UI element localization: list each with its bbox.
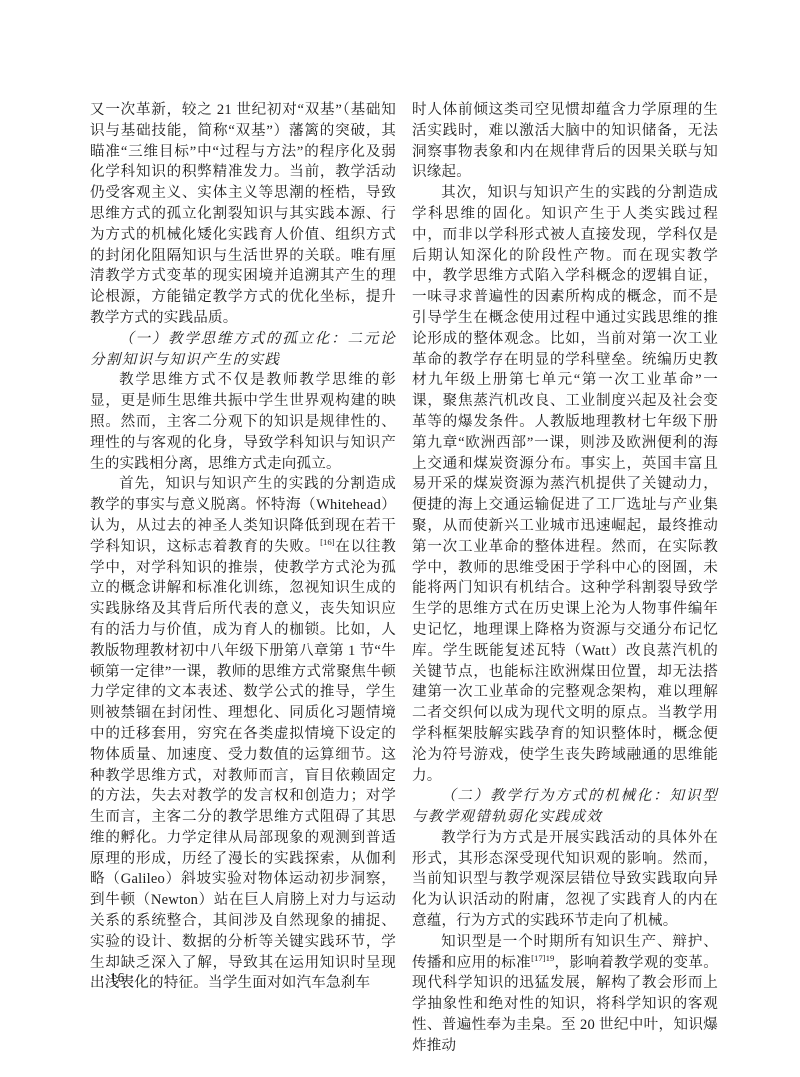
paragraph: 时人体前倾这类司空见惯却蕴含力学原理的生活实践时，难以激活大脑中的知识储备，无法…: [412, 100, 718, 183]
text-segment: 时人体前倾这类司空见惯却蕴含力学原理的生活实践时，难以激活大脑中的知识储备，无法…: [412, 102, 718, 180]
paragraph: 教学行为方式是开展实践活动的具体外在形式，其形态深受现代知识观的影响。然而，当前…: [412, 828, 718, 932]
text-segment: （二）教学行为方式的机械化：知识型与教学观错轨弱化实践成效: [412, 788, 718, 825]
paragraph: 其次，知识与知识产生的实践的分割造成学科思维的固化。知识产生于人类实践过程中，而…: [412, 183, 718, 786]
text-segment: 其次，知识与知识产生的实践的分割造成学科思维的固化。知识产生于人类实践过程中，而…: [412, 185, 718, 783]
paragraph: 知识型是一个时期所有知识生产、辩护、传播和应用的标准[17]19，影响着教学观的…: [412, 932, 718, 1057]
text-column-left: 又一次革新，较之 21 世纪初对“双基”（基础知识与基础技能，简称“双基”）藩篱…: [90, 100, 396, 994]
text-segment: （一）教学思维方式的孤立化：二元论分割知识与知识产生的实践: [90, 331, 396, 368]
text-segment: 又一次革新，较之 21 世纪初对“双基”（基础知识与基础技能，简称“双基”）藩篱…: [90, 102, 396, 326]
paragraph: 首先，知识与知识产生的实践的分割造成教学的事实与意义脱离。怀特海（Whitehe…: [90, 474, 396, 994]
section-heading: （一）教学思维方式的孤立化：二元论分割知识与知识产生的实践: [90, 329, 396, 371]
page-number: · 16 ·: [100, 970, 135, 986]
text-segment: 教学思维方式不仅是教师教学思维的彰显，更是师生思维共振中学生世界观构建的映照。然…: [90, 372, 396, 471]
paragraph: 又一次革新，较之 21 世纪初对“双基”（基础知识与基础技能，简称“双基”）藩篱…: [90, 100, 396, 329]
citation-superscript: [17]19: [531, 953, 554, 963]
text-segment: 教学行为方式是开展实践活动的具体外在形式，其形态深受现代知识观的影响。然而，当前…: [412, 830, 718, 929]
citation-superscript: [16]: [320, 537, 335, 547]
text-column-right: 时人体前倾这类司空见惯却蕴含力学原理的生活实践时，难以激活大脑中的知识储备，无法…: [412, 100, 718, 1057]
document-page: 又一次革新，较之 21 世纪初对“双基”（基础知识与基础技能，简称“双基”）藩篱…: [0, 0, 800, 1077]
section-heading: （二）教学行为方式的机械化：知识型与教学观错轨弱化实践成效: [412, 786, 718, 828]
text-segment: 在以往教学中，对学科知识的推崇，使教学方式沦为孤立的概念讲解和标准化训练，忽视知…: [90, 539, 396, 992]
paragraph: 教学思维方式不仅是教师教学思维的彰显，更是师生思维共振中学生世界观构建的映照。然…: [90, 370, 396, 474]
